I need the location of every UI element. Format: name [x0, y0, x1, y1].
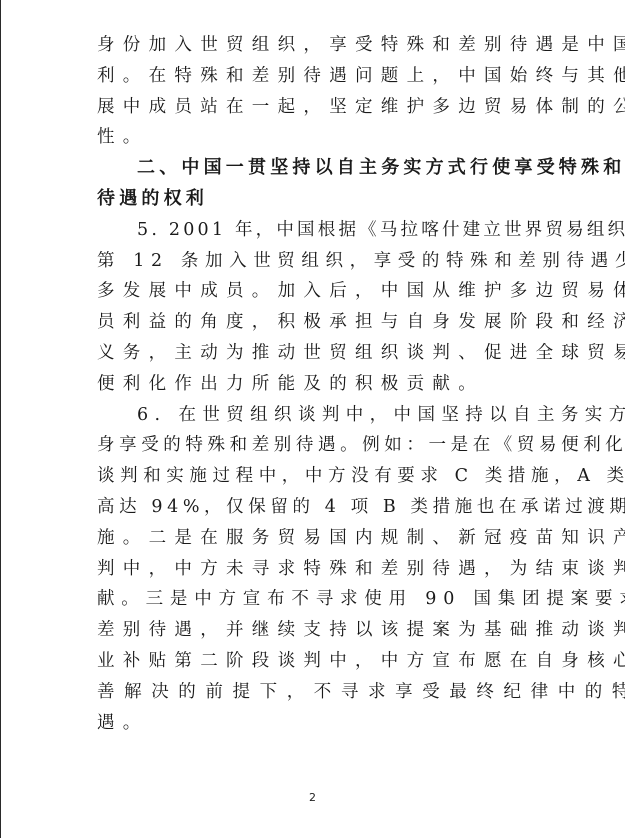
page-number: 2: [0, 791, 625, 804]
text-line: 身享受的特殊和差别待遇。例如：一是在《贸易便利化协定》: [97, 430, 543, 461]
text-line: 6. 在世贸组织谈判中，中国坚持以自主务实方式处理自: [97, 400, 543, 431]
text-line: 第 12 条加入世贸组织，享受的特殊和差别待遇少于其他许: [97, 246, 543, 277]
text-line: 性。: [97, 122, 543, 153]
text-line: 遇。: [97, 708, 543, 739]
section-heading: 二、中国一贯坚持以自主务实方式行使享受特殊和差别 待遇的权利: [97, 153, 543, 215]
text-line: 5. 2001 年，中国根据《马拉喀什建立世界贸易组织协定》: [97, 215, 543, 246]
text-line: 义务，主动为推动世贸组织谈判、促进全球贸易投资自由化: [97, 338, 543, 369]
text-line: 身份加入世贸组织，享受特殊和差别待遇是中国的制度性权: [97, 30, 543, 61]
text-line: 利。在特殊和差别待遇问题上，中国始终与其他世贸组织发: [97, 61, 543, 92]
text-line: 谈判和实施过程中，中方没有要求 C 类措施，A 类措施占比: [97, 461, 543, 492]
paragraph-6: 6. 在世贸组织谈判中，中国坚持以自主务实方式处理自 身享受的特殊和差别待遇。例…: [97, 400, 543, 739]
paragraph-continuation: 身份加入世贸组织，享受特殊和差别待遇是中国的制度性权 利。在特殊和差别待遇问题上…: [97, 30, 543, 153]
heading-line: 二、中国一贯坚持以自主务实方式行使享受特殊和差别: [97, 153, 543, 184]
document-page: 身份加入世贸组织，享受特殊和差别待遇是中国的制度性权 利。在特殊和差别待遇问题上…: [97, 30, 543, 738]
text-line: 员利益的角度，积极承担与自身发展阶段和经济水平相符的: [97, 307, 543, 338]
text-line: 善解决的前提下，不寻求享受最终纪律中的特殊和差别待: [97, 677, 543, 708]
text-line: 高达 94%，仅保留的 4 项 B 类措施也在承诺过渡期内提前实: [97, 492, 543, 523]
page-left-border: [0, 0, 1, 838]
text-line: 献。三是中方宣布不寻求使用 90 国集团提案要求的特殊和: [97, 584, 543, 615]
text-line: 判中，中方未寻求特殊和差别待遇，为结束谈判作出重要贡: [97, 554, 543, 585]
paragraph-5: 5. 2001 年，中国根据《马拉喀什建立世界贸易组织协定》 第 12 条加入世…: [97, 215, 543, 400]
text-line: 差别待遇，并继续支持以该提案为基础推动谈判。四是在渔: [97, 615, 543, 646]
text-line: 便利化作出力所能及的积极贡献。: [97, 369, 543, 400]
text-line: 业补贴第二阶段谈判中，中方宣布愿在自身核心关注得到妥: [97, 646, 543, 677]
text-line: 施。二是在服务贸易国内规制、新冠疫苗知识产权豁免等谈: [97, 523, 543, 554]
heading-line: 待遇的权利: [97, 184, 543, 215]
text-line: 多发展中成员。加入后，中国从维护多边贸易体制和全体成: [97, 276, 543, 307]
text-line: 展中成员站在一起，坚定维护多边贸易体制的公正性和包容: [97, 92, 543, 123]
